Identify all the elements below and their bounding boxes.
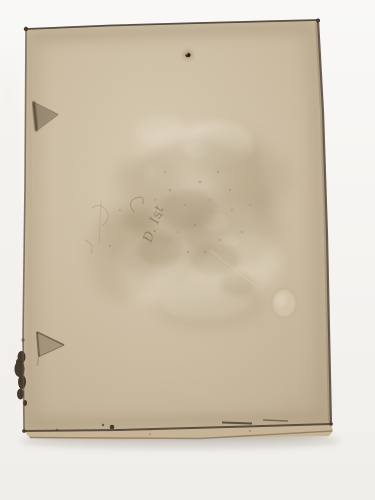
photograph-antique-panel-back: D. Ist: [0, 0, 375, 500]
round-blemish: [272, 289, 297, 318]
paper-grain: [18, 14, 338, 444]
nail-hole: [183, 50, 194, 61]
panel-photo-canvas: D. Ist: [0, 0, 375, 500]
